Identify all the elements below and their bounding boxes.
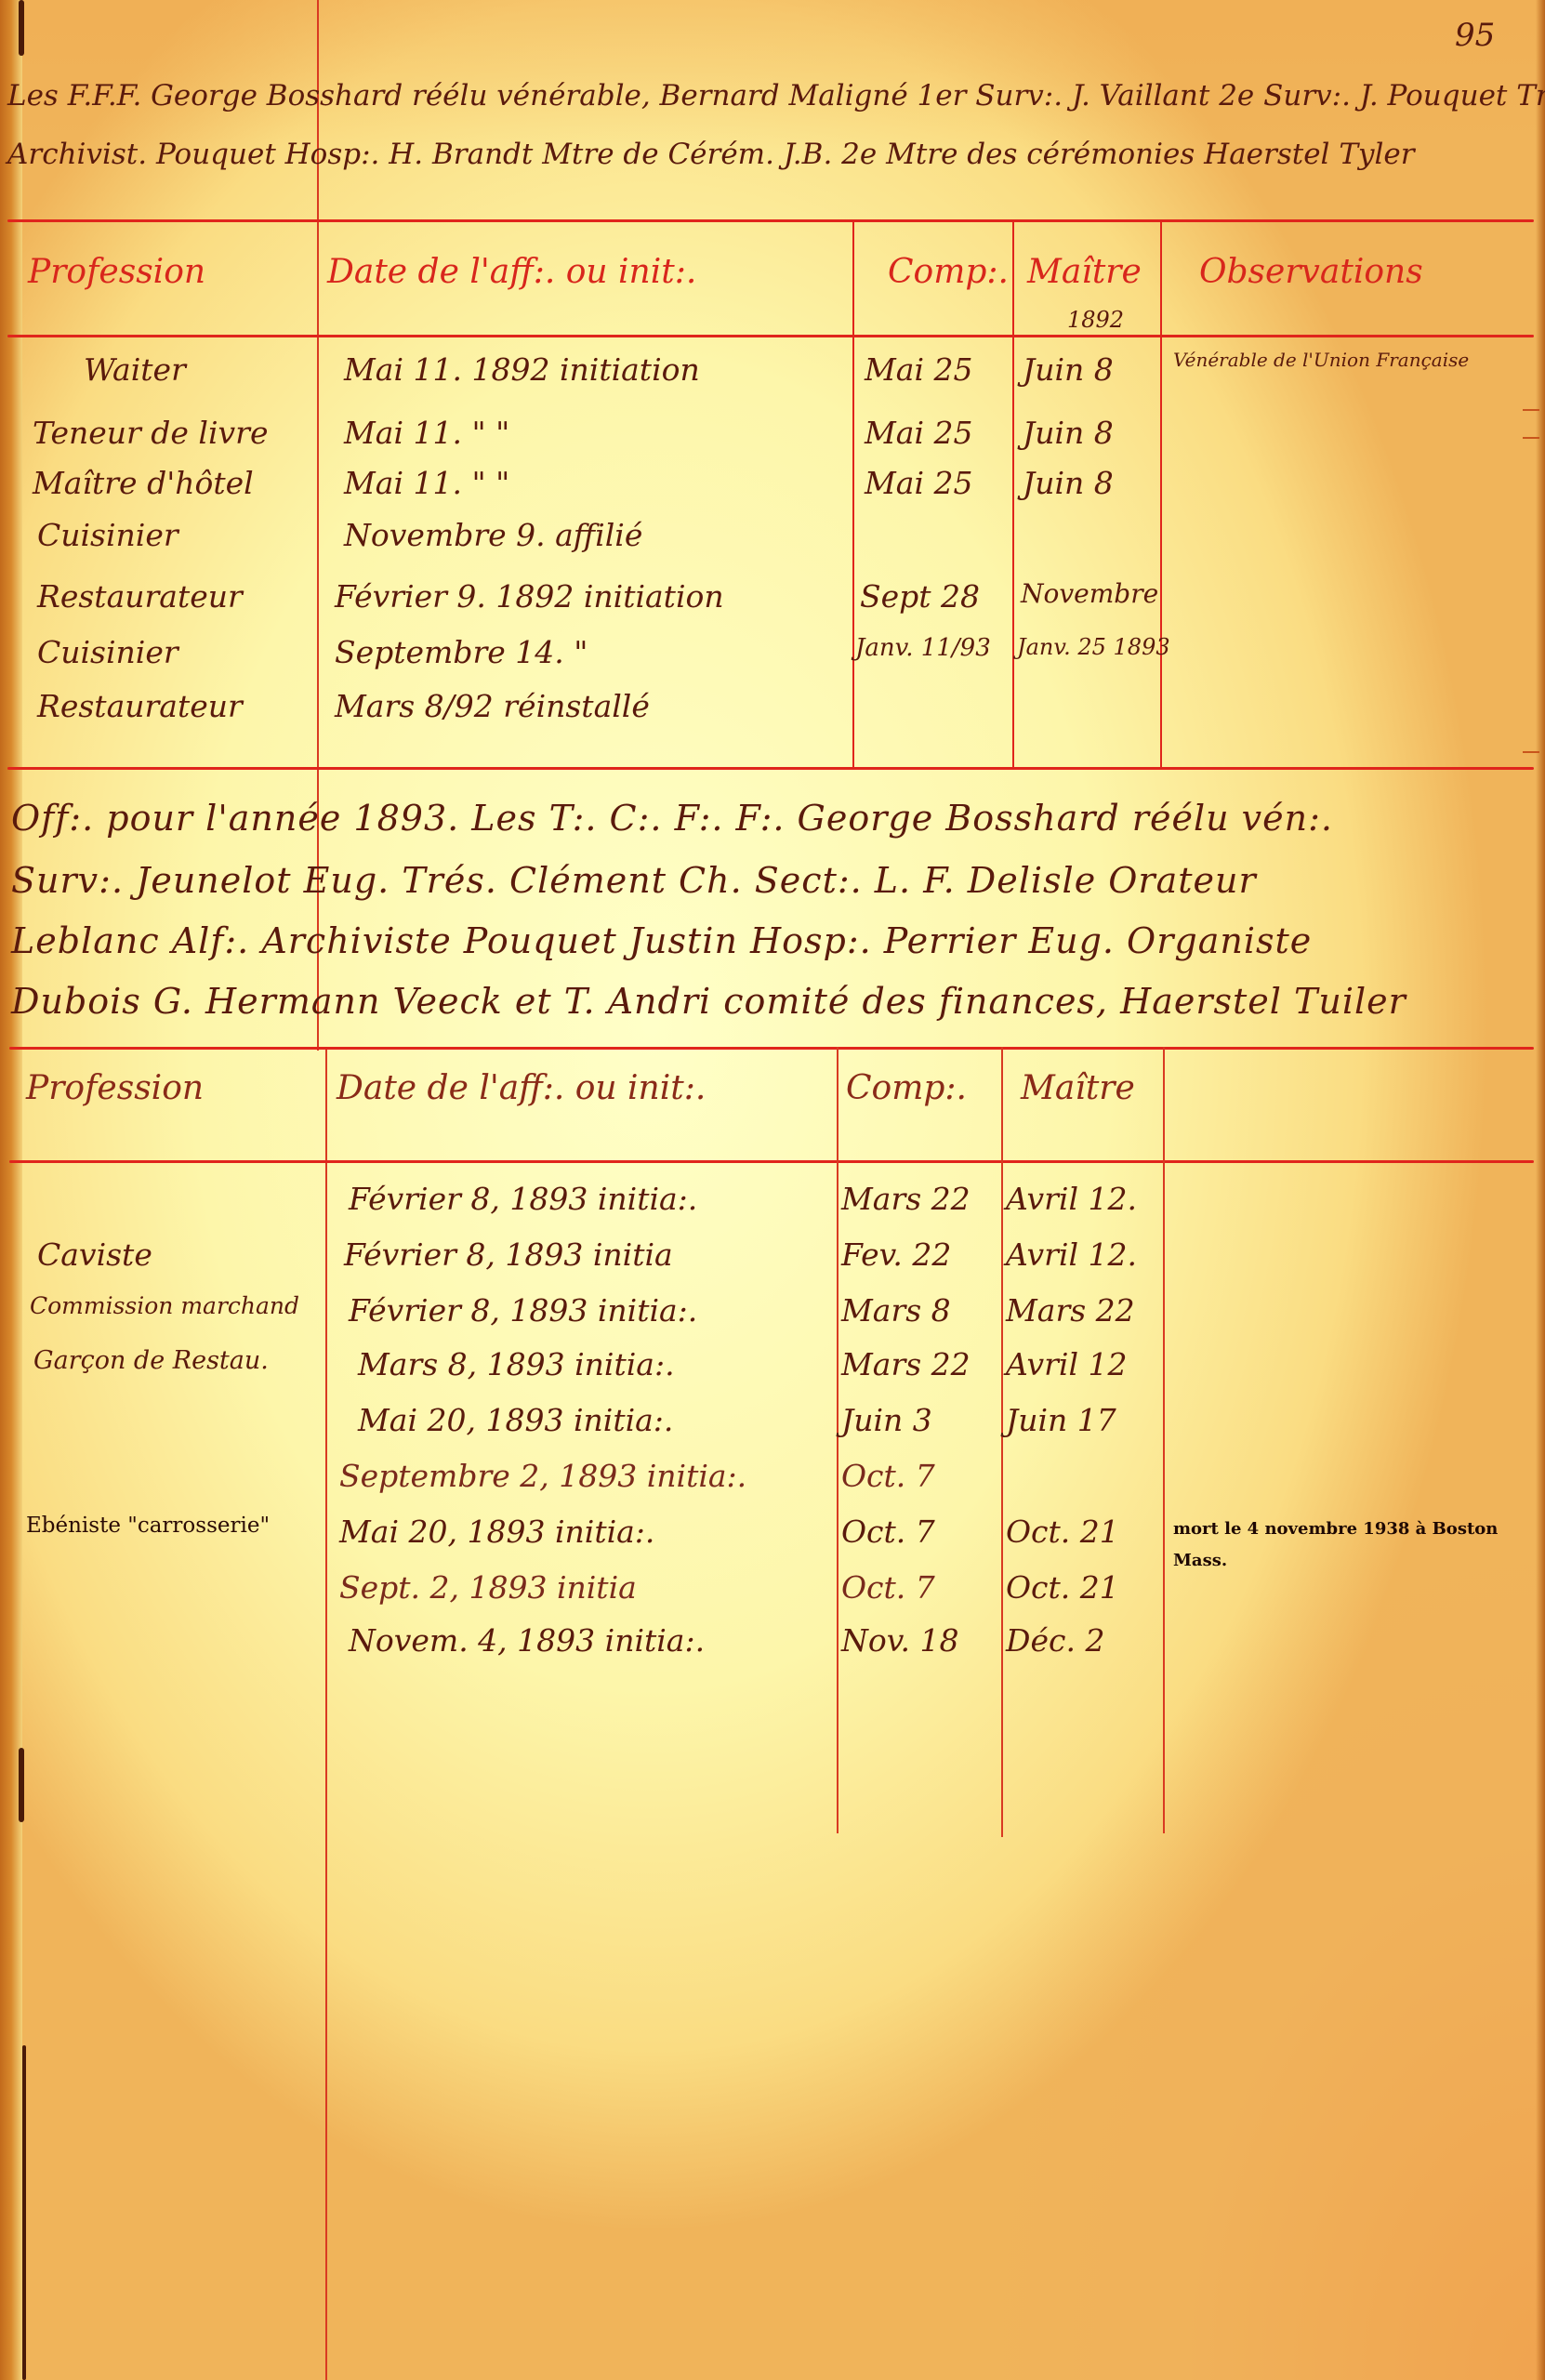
cell-maitre: Mars 22 [1006,1292,1135,1329]
cell-date: Mai 11. 1892 initiation [344,351,700,388]
header-comp: Comp:. [846,1069,967,1107]
cell-comp: Mai 25 [865,415,973,451]
binding-shadow [22,2045,26,2380]
table2-col-rule [1001,1047,1003,1837]
table2-col-rule [837,1047,839,1833]
cell-comp: Mai 25 [865,351,973,388]
cell-maitre: Avril 12 [1006,1346,1128,1382]
header-date: Date de l'aff:. ou init:. [327,253,696,291]
page-right-edge [1536,0,1545,2380]
cell-comp: Oct. 7 [841,1569,935,1606]
cell-maitre: Janv. 25 1893 [1017,634,1170,660]
intro-line-2: Archivist. Pouquet Hosp:. H. Brandt Mtre… [7,138,1415,171]
table1-header-rule [7,335,1534,337]
cell-comp: Oct. 7 [841,1514,935,1550]
paper-stain-bottom-right [987,1543,1545,2380]
cell-date: Février 8, 1893 initia [344,1236,673,1273]
cell-profession: Garçon de Restau. [33,1346,269,1375]
cell-observation: mort le 4 novembre 1938 à Boston Mass. [1173,1514,1536,1577]
cell-maitre: Juin 8 [1023,465,1114,501]
cell-observation: Vénérable de l'Union Française [1173,349,1469,371]
page-number: 95 [1455,17,1495,54]
cell-date: Février 8, 1893 initia:. [349,1292,697,1329]
cell-profession: Cuisinier [37,517,178,553]
cell-comp: Fev. 22 [841,1236,951,1273]
cell-date: Mars 8, 1893 initia:. [358,1346,675,1382]
header-comp: Comp:. [888,253,1009,291]
cell-comp: Mai 25 [865,465,973,501]
margin-rule [325,1049,327,2380]
cell-profession: Restaurateur [37,578,243,615]
cell-profession: Commission marchand [30,1292,299,1319]
officers-line-1: Off:. pour l'année 1893. Les T:. C:. F:.… [11,798,1333,839]
officers-line-2: Surv:. Jeunelot Eug. Trés. Clément Ch. S… [11,860,1257,901]
cell-profession: Maître d'hôtel [33,465,254,501]
cell-profession: Teneur de livre [33,415,268,451]
header-maitre-year: 1892 [1067,307,1124,333]
header-date: Date de l'aff:. ou init:. [337,1069,706,1107]
margin-tick [1523,409,1539,411]
cell-date: Septembre 14. " [335,634,588,670]
cell-maitre: Déc. 2 [1006,1622,1104,1659]
table1-col-rule [1012,219,1014,770]
cell-profession: Cuisinier [37,634,178,670]
binding-shadow [19,1748,24,1822]
margin-tick [1523,437,1539,439]
cell-comp: Janv. 11/93 [855,634,991,662]
cell-date: Mai 11. " " [344,465,509,501]
header-profession: Profession [28,253,205,291]
binding-shadow [19,0,24,56]
table2-col-rule [1163,1047,1165,1833]
cell-profession: Ebéniste "carrosserie" [26,1514,270,1538]
cell-maitre: Avril 12. [1006,1236,1137,1273]
cell-comp: Sept 28 [860,578,980,615]
table1-col-rule [852,219,854,770]
header-maitre: Maître [1027,253,1142,291]
officers-line-4: Dubois G. Hermann Veeck et T. Andri comi… [11,981,1406,1022]
cell-maitre: Juin 8 [1023,351,1114,388]
header-observations: Observations [1199,253,1423,291]
cell-comp: Mars 8 [841,1292,951,1329]
cell-date: Mai 20, 1893 initia:. [358,1402,673,1438]
cell-profession: Restaurateur [37,688,243,724]
cell-maitre: Novembre [1021,578,1158,609]
cell-comp: Nov. 18 [841,1622,958,1659]
cell-date: Novembre 9. affilié [344,517,642,553]
cell-maitre: Juin 8 [1023,415,1114,451]
cell-date: Mai 20, 1893 initia:. [339,1514,654,1550]
table1-top-rule [7,219,1534,222]
table1-bottom-rule [7,767,1534,770]
cell-profession: Caviste [37,1236,152,1273]
intro-line-1: Les F.F.F. George Bosshard réélu vénérab… [7,79,1545,112]
paper-stain-top [0,0,1545,149]
table1-col-rule [1160,219,1162,770]
cell-date: Février 9. 1892 initiation [335,578,724,615]
cell-maitre: Oct. 21 [1006,1514,1119,1550]
ledger-page: 95 Les F.F.F. George Bosshard réélu véné… [0,0,1545,2380]
book-binding-edge [0,0,22,2380]
cell-comp: Mars 22 [841,1346,971,1382]
officers-line-3: Leblanc Alf:. Archiviste Pouquet Justin … [11,920,1312,961]
cell-date: Mai 11. " " [344,415,509,451]
header-maitre: Maître [1021,1069,1135,1107]
cell-date: Mars 8/92 réinstallé [335,688,650,724]
table2-top-rule [9,1047,1534,1050]
table2-header-rule [9,1160,1534,1163]
cell-date: Septembre 2, 1893 initia:. [339,1458,746,1494]
cell-date: Février 8, 1893 initia:. [349,1181,697,1217]
cell-maitre: Avril 12. [1006,1181,1137,1217]
margin-tick [1523,751,1539,753]
cell-date: Novem. 4, 1893 initia:. [349,1622,705,1659]
cell-comp: Juin 3 [841,1402,932,1438]
cell-maitre: Oct. 21 [1006,1569,1119,1606]
cell-comp: Mars 22 [841,1181,971,1217]
cell-comp: Oct. 7 [841,1458,935,1494]
cell-profession: Waiter [84,351,186,388]
cell-maitre: Juin 17 [1006,1402,1116,1438]
header-profession: Profession [26,1069,204,1107]
cell-date: Sept. 2, 1893 initia [339,1569,637,1606]
